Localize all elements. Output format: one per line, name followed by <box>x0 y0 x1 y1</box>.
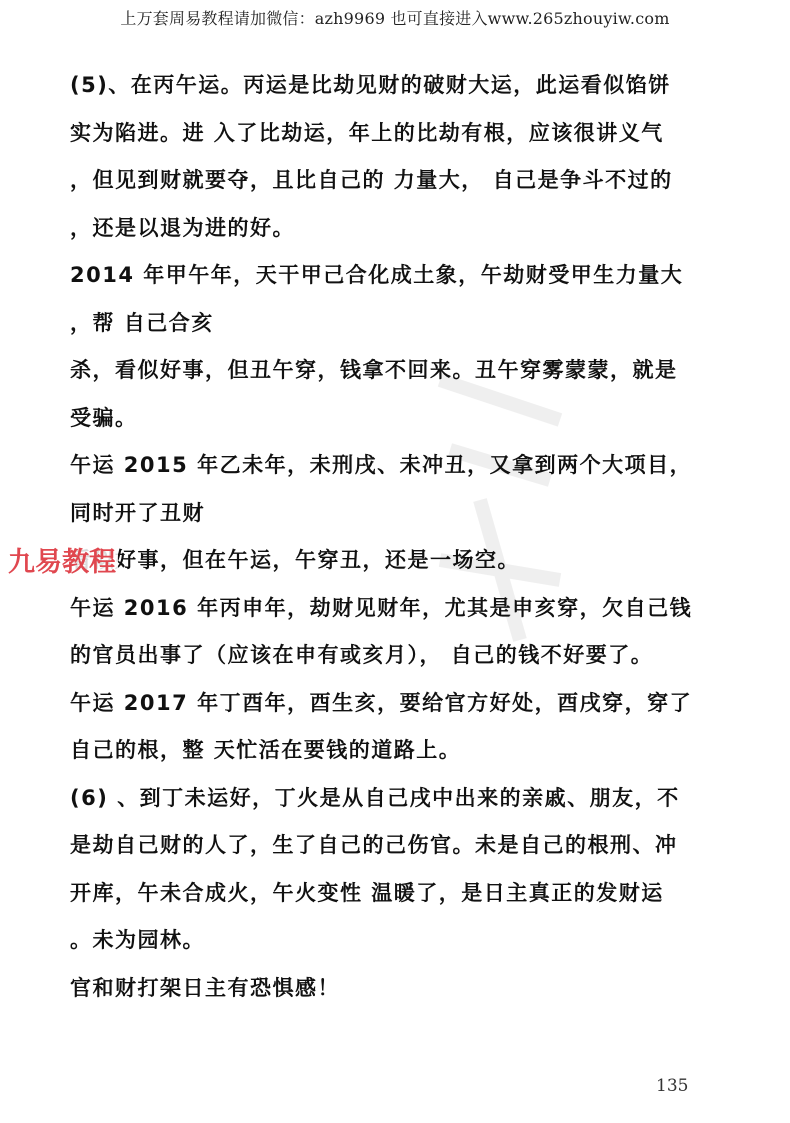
text-line: 。未为园林。 <box>70 917 730 965</box>
document-body: (5)、在丙午运。丙运是比劫见财的破财大运，此运看似馅饼 实为陷进。进 入了比劫… <box>70 62 730 1012</box>
text-line: (6) 、到丁未运好，丁火是从自己戌中出来的亲戚、朋友，不 <box>70 775 730 823</box>
text-line: ，帮 自己合亥 <box>70 300 730 348</box>
text-line: 看似好事，但在午运，午穿丑，还是一场空。 <box>70 537 730 585</box>
text-line: 受骗。 <box>70 395 730 443</box>
red-watermark-logo: 九易教程 <box>6 545 118 581</box>
text-line: 官和财打架日主有恐惧感！ <box>70 965 730 1013</box>
header-banner: 上万套周易教程请加微信：azh9969 也可直接进入www.265zhouyiw… <box>0 6 790 29</box>
text-line: 同时开了丑财 <box>70 490 730 538</box>
page-number: 135 <box>656 1076 688 1096</box>
text-line: 是劫自己财的人了，生了自己的己伤官。未是自己的根刑、冲 <box>70 822 730 870</box>
text-line: ，但见到财就要夺，且比自己的 力量大， 自己是争斗不过的 <box>70 157 730 205</box>
text-line: 自己的根，整 天忙活在要钱的道路上。 <box>70 727 730 775</box>
text-line: (5)、在丙午运。丙运是比劫见财的破财大运，此运看似馅饼 <box>70 62 730 110</box>
text-line: 午运 2015 年乙未年，未刑戌、未冲丑，又拿到两个大项目， <box>70 442 730 490</box>
text-line: 杀，看似好事，但丑午穿，钱拿不回来。丑午穿雾蒙蒙，就是 <box>70 347 730 395</box>
text-line: ，还是以退为进的好。 <box>70 205 730 253</box>
text-line: 实为陷进。进 入了比劫运，年上的比劫有根，应该很讲义气 <box>70 110 730 158</box>
text-line: 2014 年甲午年，天干甲己合化成土象，午劫财受甲生力量大 <box>70 252 730 300</box>
text-line: 午运 2017 年丁酉年，酉生亥，要给官方好处，酉戌穿，穿了 <box>70 680 730 728</box>
text-line: 的官员出事了（应该在申有或亥月）， 自己的钱不好要了。 <box>70 632 730 680</box>
text-line: 午运 2016 年丙申年，劫财见财年，尤其是申亥穿，欠自己钱 <box>70 585 730 633</box>
text-line: 开库，午未合成火，午火变性 温暖了，是日主真正的发财运 <box>70 870 730 918</box>
